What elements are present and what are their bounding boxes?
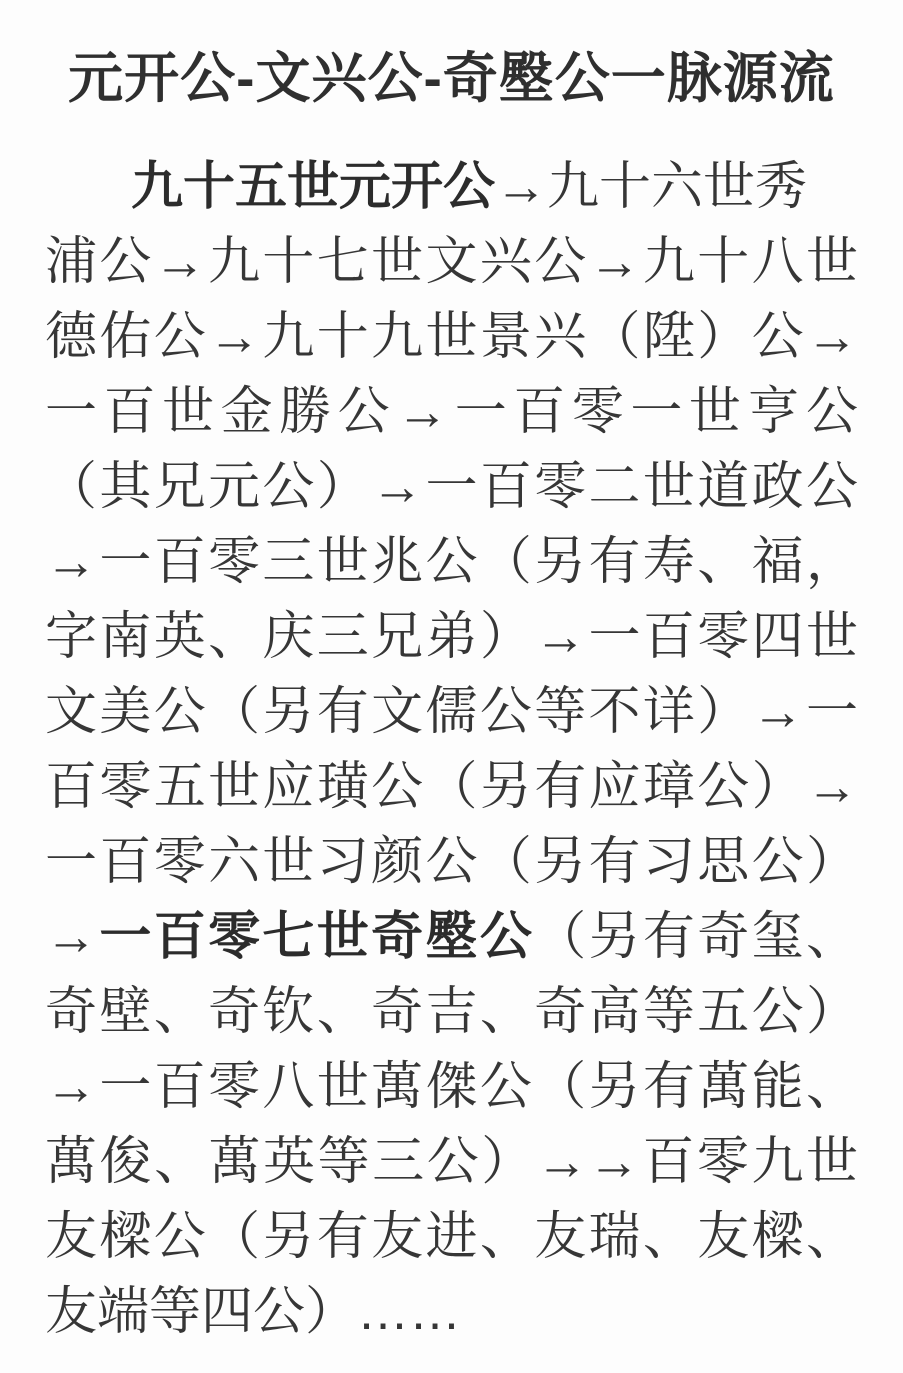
lineage-segment: →一百零八世萬傑公（另有萬能、 [45, 1058, 858, 1116]
lineage-segment: 字南英、庆三兄弟）→一百零四世 [45, 608, 858, 666]
lineage-segment: 浦公→九十七世文兴公→九十八世 [45, 233, 858, 291]
genealogy-document: 元开公-文兴公-奇壂公一脉源流 九十五世元开公→九十六世秀浦公→九十七世文兴公→… [45, 0, 858, 1350]
lineage-line: 萬俊、萬英等三公）→→百零九世 [45, 1125, 858, 1200]
lineage-paragraph: 九十五世元开公→九十六世秀浦公→九十七世文兴公→九十八世德佑公→九十九世景兴（陞… [45, 150, 858, 1350]
lineage-segment: 友樑公（另有友进、友瑞、友樑、 [45, 1208, 858, 1266]
lineage-line: →一百零八世萬傑公（另有萬能、 [45, 1050, 858, 1125]
lineage-segment: → [45, 908, 97, 966]
lineage-segment: →一百零三世兆公（另有寿、福， [45, 533, 858, 591]
lineage-segment: 奇壁、奇钦、奇吉、奇高等五公） [45, 983, 858, 1041]
lineage-segment: 友端等四公）…… [45, 1283, 461, 1341]
lineage-line: 友樑公（另有友进、友瑞、友樑、 [45, 1200, 858, 1275]
lineage-segment: 一百零六世习颜公（另有习思公） [45, 833, 858, 891]
lineage-name-highlight: 一百零七世奇壂公 [97, 908, 534, 966]
page-title: 元开公-文兴公-奇壂公一脉源流 [45, 40, 858, 116]
lineage-segment: →九十六世秀 [495, 158, 807, 216]
lineage-segment: 德佑公→九十九世景兴（陞）公→ [45, 308, 858, 366]
lineage-line: →一百零七世奇壂公（另有奇玺、 [45, 900, 858, 975]
lineage-line: →一百零三世兆公（另有寿、福， [45, 525, 858, 600]
lineage-line: 文美公（另有文儒公等不详）→一 [45, 675, 858, 750]
lineage-line: 德佑公→九十九世景兴（陞）公→ [45, 300, 858, 375]
lineage-segment: 萬俊、萬英等三公）→→百零九世 [45, 1133, 858, 1191]
lineage-line: 九十五世元开公→九十六世秀 [45, 150, 858, 225]
lineage-line: 浦公→九十七世文兴公→九十八世 [45, 225, 858, 300]
lineage-line: 一百零六世习颜公（另有习思公） [45, 825, 858, 900]
lineage-segment: 百零五世应璜公（另有应璋公）→ [45, 758, 858, 816]
lineage-segment: 文美公（另有文儒公等不详）→一 [45, 683, 858, 741]
lineage-name-highlight: 九十五世元开公 [131, 158, 495, 216]
lineage-line: 一百世金勝公→一百零一世亨公 [45, 375, 858, 450]
lineage-line: 奇壁、奇钦、奇吉、奇高等五公） [45, 975, 858, 1050]
lineage-line: 百零五世应璜公（另有应璋公）→ [45, 750, 858, 825]
lineage-line: 字南英、庆三兄弟）→一百零四世 [45, 600, 858, 675]
lineage-segment: （其兄元公）→一百零二世道政公 [45, 458, 858, 516]
lineage-segment: 一百世金勝公→一百零一世亨公 [45, 383, 858, 441]
lineage-segment: （另有奇玺、 [534, 908, 858, 966]
lineage-line: 友端等四公）…… [45, 1275, 858, 1350]
lineage-line: （其兄元公）→一百零二世道政公 [45, 450, 858, 525]
